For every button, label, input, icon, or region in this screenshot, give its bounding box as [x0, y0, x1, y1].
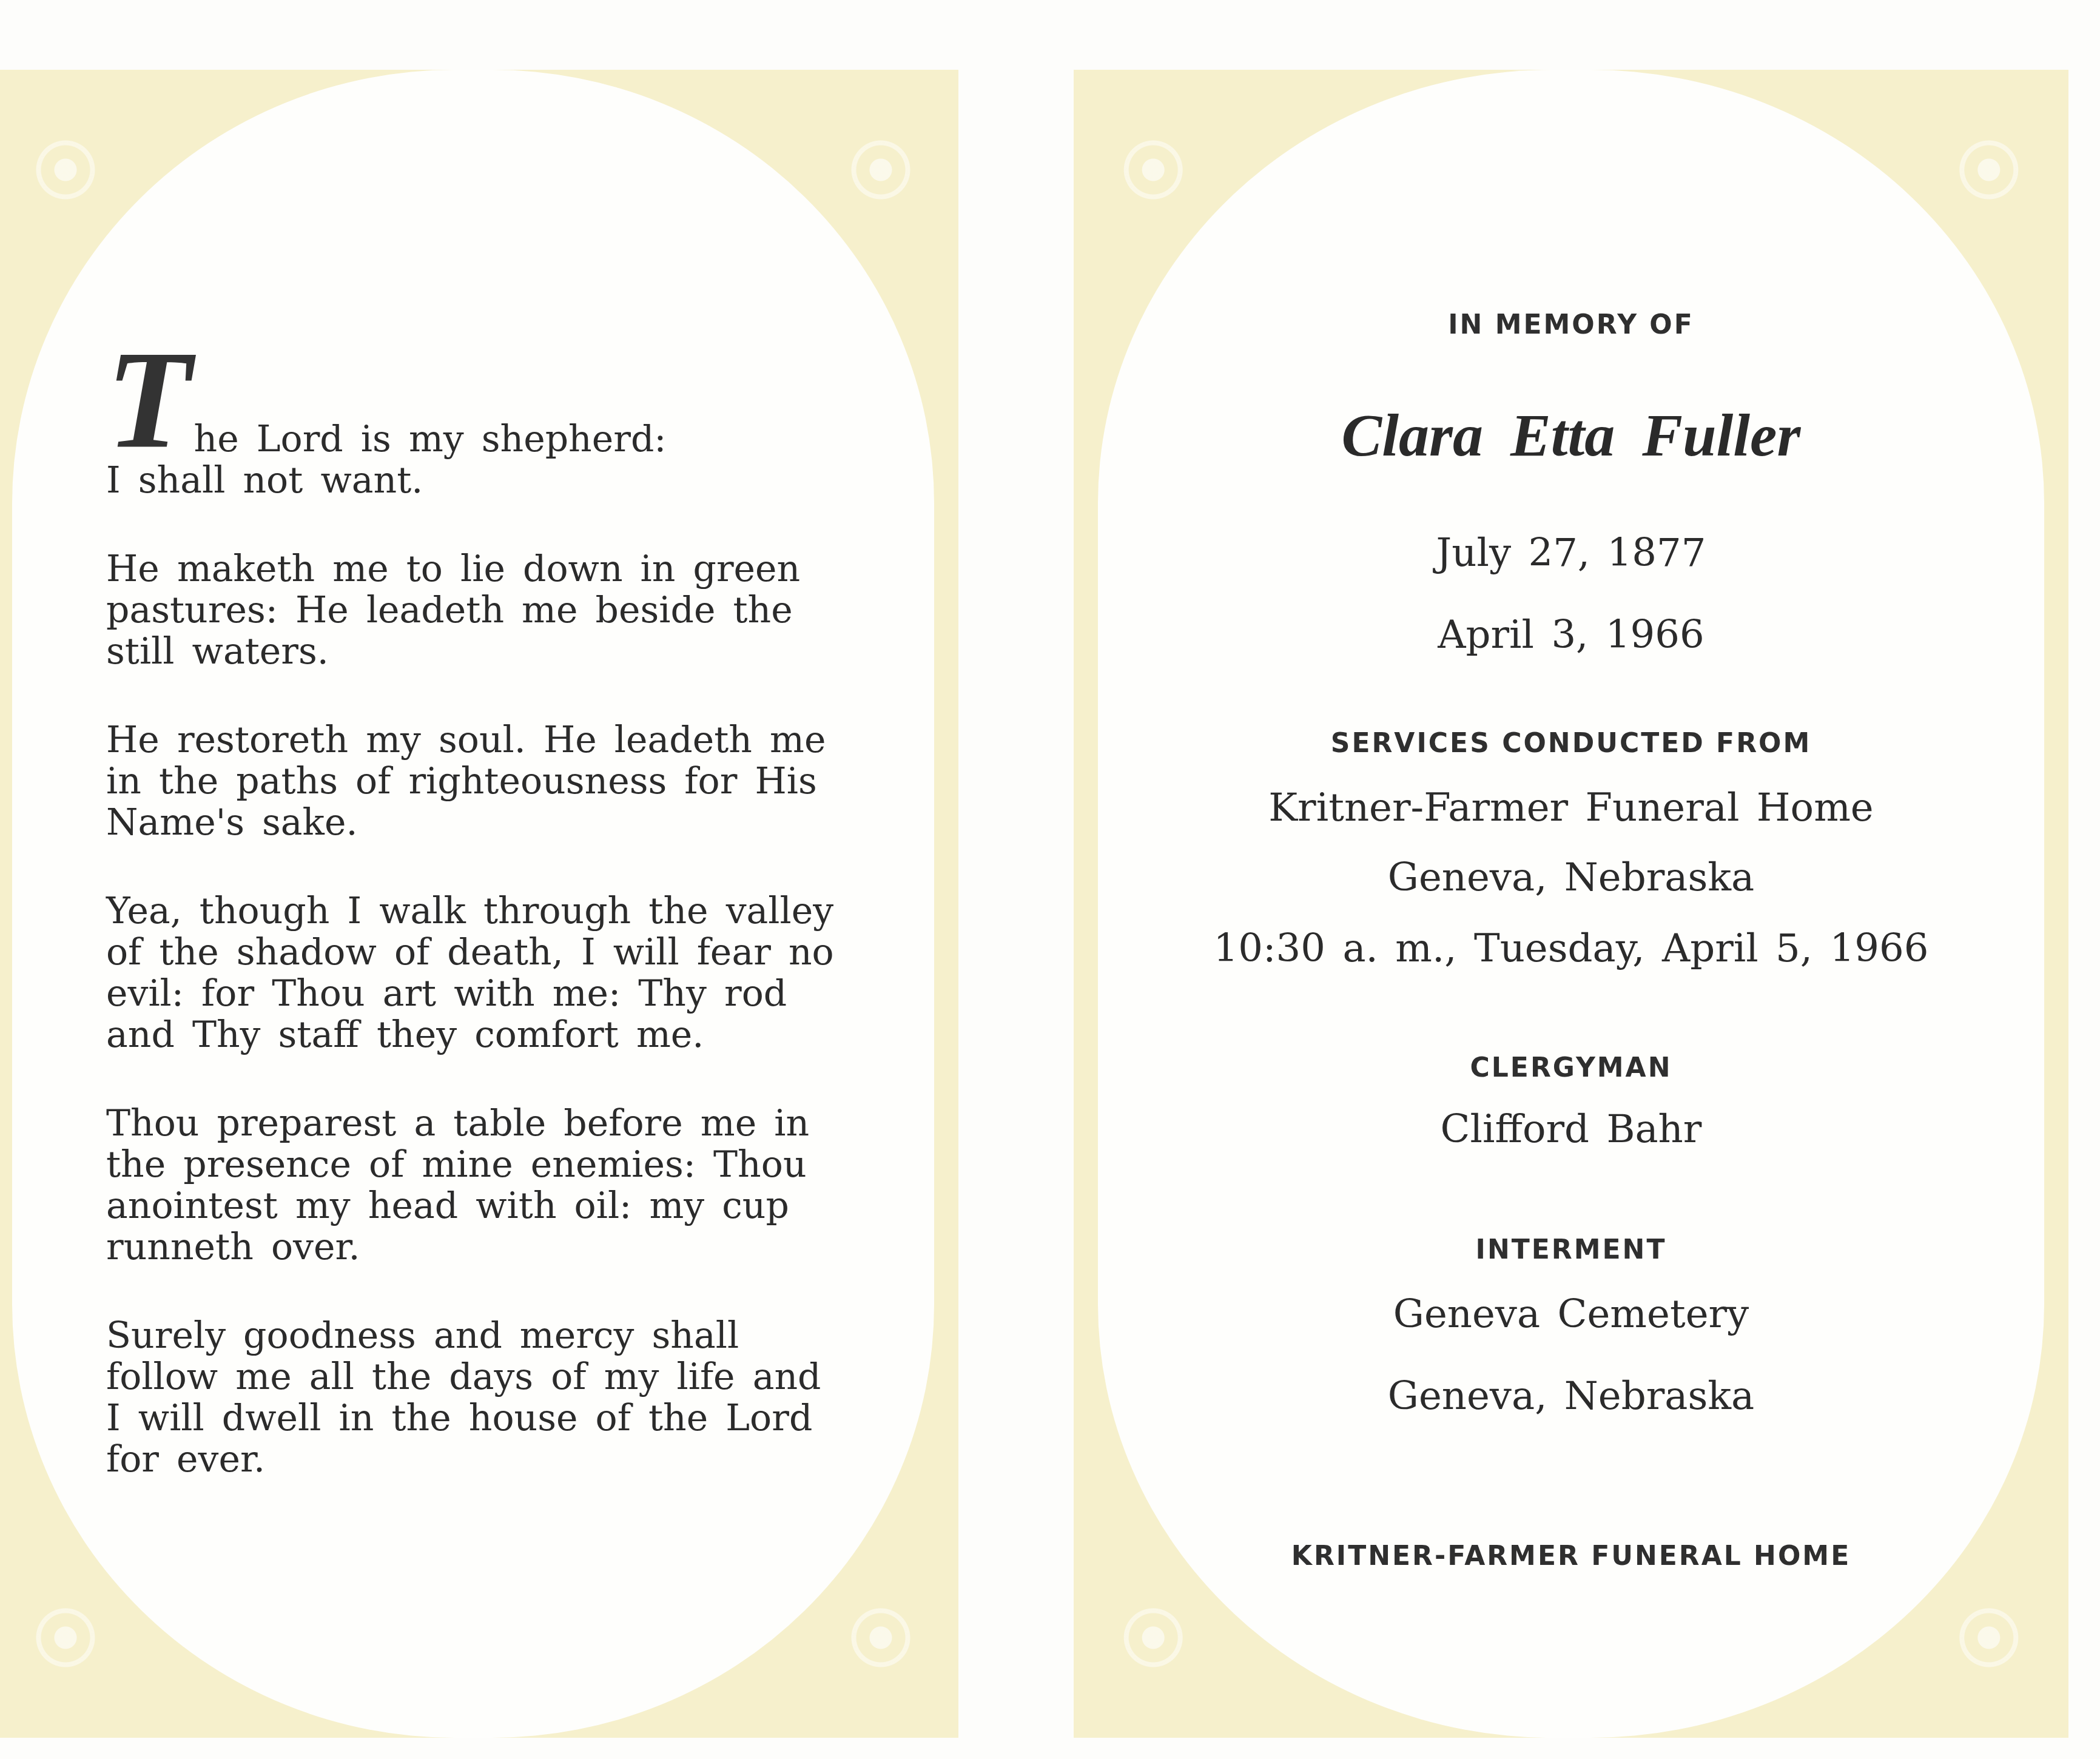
- cemetery-city: Geneva, Nebraska: [1074, 1374, 2068, 1419]
- memorial-panel: IN MEMORY OF Clara Etta Fuller July 27, …: [1074, 70, 2068, 1738]
- deceased-name: Clara Etta Fuller: [1074, 400, 2068, 470]
- clergyman-label: CLERGYMAN: [1074, 1052, 2068, 1083]
- interment-label: INTERMENT: [1074, 1234, 2068, 1265]
- service-place: Kritner-Farmer Funeral Home: [1074, 785, 2068, 830]
- verse-6: Surely goodness and mercy shall follow m…: [106, 1315, 834, 1480]
- service-city: Geneva, Nebraska: [1074, 855, 2068, 900]
- services-label: SERVICES CONDUCTED FROM: [1074, 728, 2068, 759]
- verse-2: He maketh me to lie down in green pastur…: [106, 548, 834, 672]
- clergyman-name: Clifford Bahr: [1074, 1107, 2068, 1152]
- birth-date: July 27, 1877: [1074, 531, 2068, 576]
- first-line: he Lord is my shepherd:: [106, 346, 834, 460]
- verse-1-cont: I shall not want.: [106, 459, 423, 502]
- verse-4: Yea, though I walk through the valley of…: [106, 890, 834, 1055]
- cemetery-name: Geneva Cemetery: [1074, 1292, 2068, 1337]
- service-time: 10:30 a. m., Tuesday, April 5, 1966: [1074, 926, 2068, 971]
- psalm-text: T he Lord is my shepherd: I shall not wa…: [106, 346, 834, 1527]
- in-memory-label: IN MEMORY OF: [1074, 309, 2068, 340]
- psalm-panel: T he Lord is my shepherd: I shall not wa…: [0, 70, 958, 1738]
- verse-1: T he Lord is my shepherd: I shall not wa…: [106, 346, 834, 501]
- funeral-home-footer: KRITNER-FARMER FUNERAL HOME: [1074, 1541, 2068, 1572]
- death-date: April 3, 1966: [1074, 613, 2068, 658]
- verse-5: Thou preparest a table before me in the …: [106, 1103, 834, 1268]
- verse-3: He restoreth my soul. He leadeth me in t…: [106, 719, 834, 843]
- drop-cap: T: [106, 346, 192, 455]
